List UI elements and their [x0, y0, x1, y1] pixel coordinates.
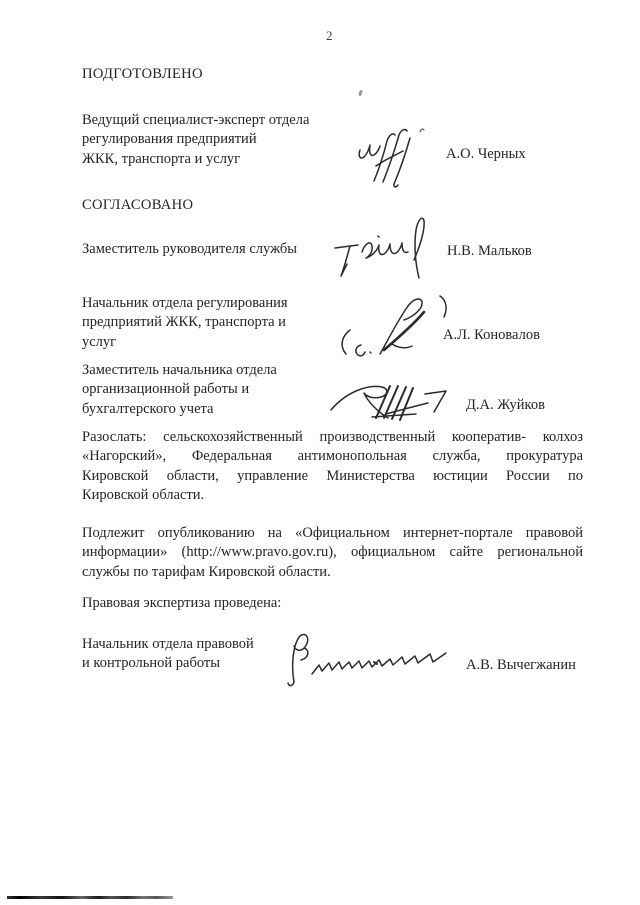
signature-malkov — [332, 212, 447, 284]
signature-vychegzhanin — [284, 632, 459, 684]
signatory-name-vychegzhanin: А.В. Вычегжанин — [466, 656, 576, 675]
approved-heading: СОГЛАСОВАНО — [82, 196, 193, 215]
signatory-name-malkov: Н.В. Мальков — [447, 242, 532, 261]
scan-speck-artifact — [358, 90, 363, 97]
signatory-name-zhuikov: Д.А. Жуйков — [466, 396, 545, 415]
signature-konovalov — [334, 292, 456, 360]
distribution-line: Кировской области. — [82, 486, 583, 505]
scan-line-artifact — [7, 896, 173, 899]
prepared-heading: ПОДГОТОВЛЕНО — [82, 65, 203, 84]
signatory-name-konovalov: А.Л. Коновалов — [443, 326, 540, 345]
publication-line: службы по тарифам Кировской области. — [82, 563, 583, 582]
legal-review-note: Правовая экспертиза проведена: — [82, 594, 281, 613]
signature-chernykh — [356, 126, 426, 190]
distribution-line: Разослать: сельскохозяйственный производ… — [82, 428, 583, 447]
signatory-name-chernykh: А.О. Черных — [446, 145, 526, 164]
publication-paragraph: Подлежит опубликованию на «Официальном и… — [82, 524, 583, 582]
page-number: 2 — [326, 28, 333, 44]
publication-line: Подлежит опубликованию на «Официальном и… — [82, 524, 583, 543]
distribution-line: «Нагорский», Федеральная антимонопольная… — [82, 447, 583, 466]
signatory-role-chernykh: Ведущий специалист-эксперт отдела регули… — [82, 111, 382, 169]
distribution-paragraph: Разослать: сельскохозяйственный производ… — [82, 428, 583, 506]
distribution-line: Кировской области, управление Министерст… — [82, 467, 583, 486]
scanned-document-page: 2 ПОДГОТОВЛЕНО Ведущий специалист-экспер… — [0, 0, 640, 905]
publication-line: информации» (http://www.pravo.gov.ru), о… — [82, 543, 583, 562]
signature-zhuikov — [328, 380, 450, 422]
